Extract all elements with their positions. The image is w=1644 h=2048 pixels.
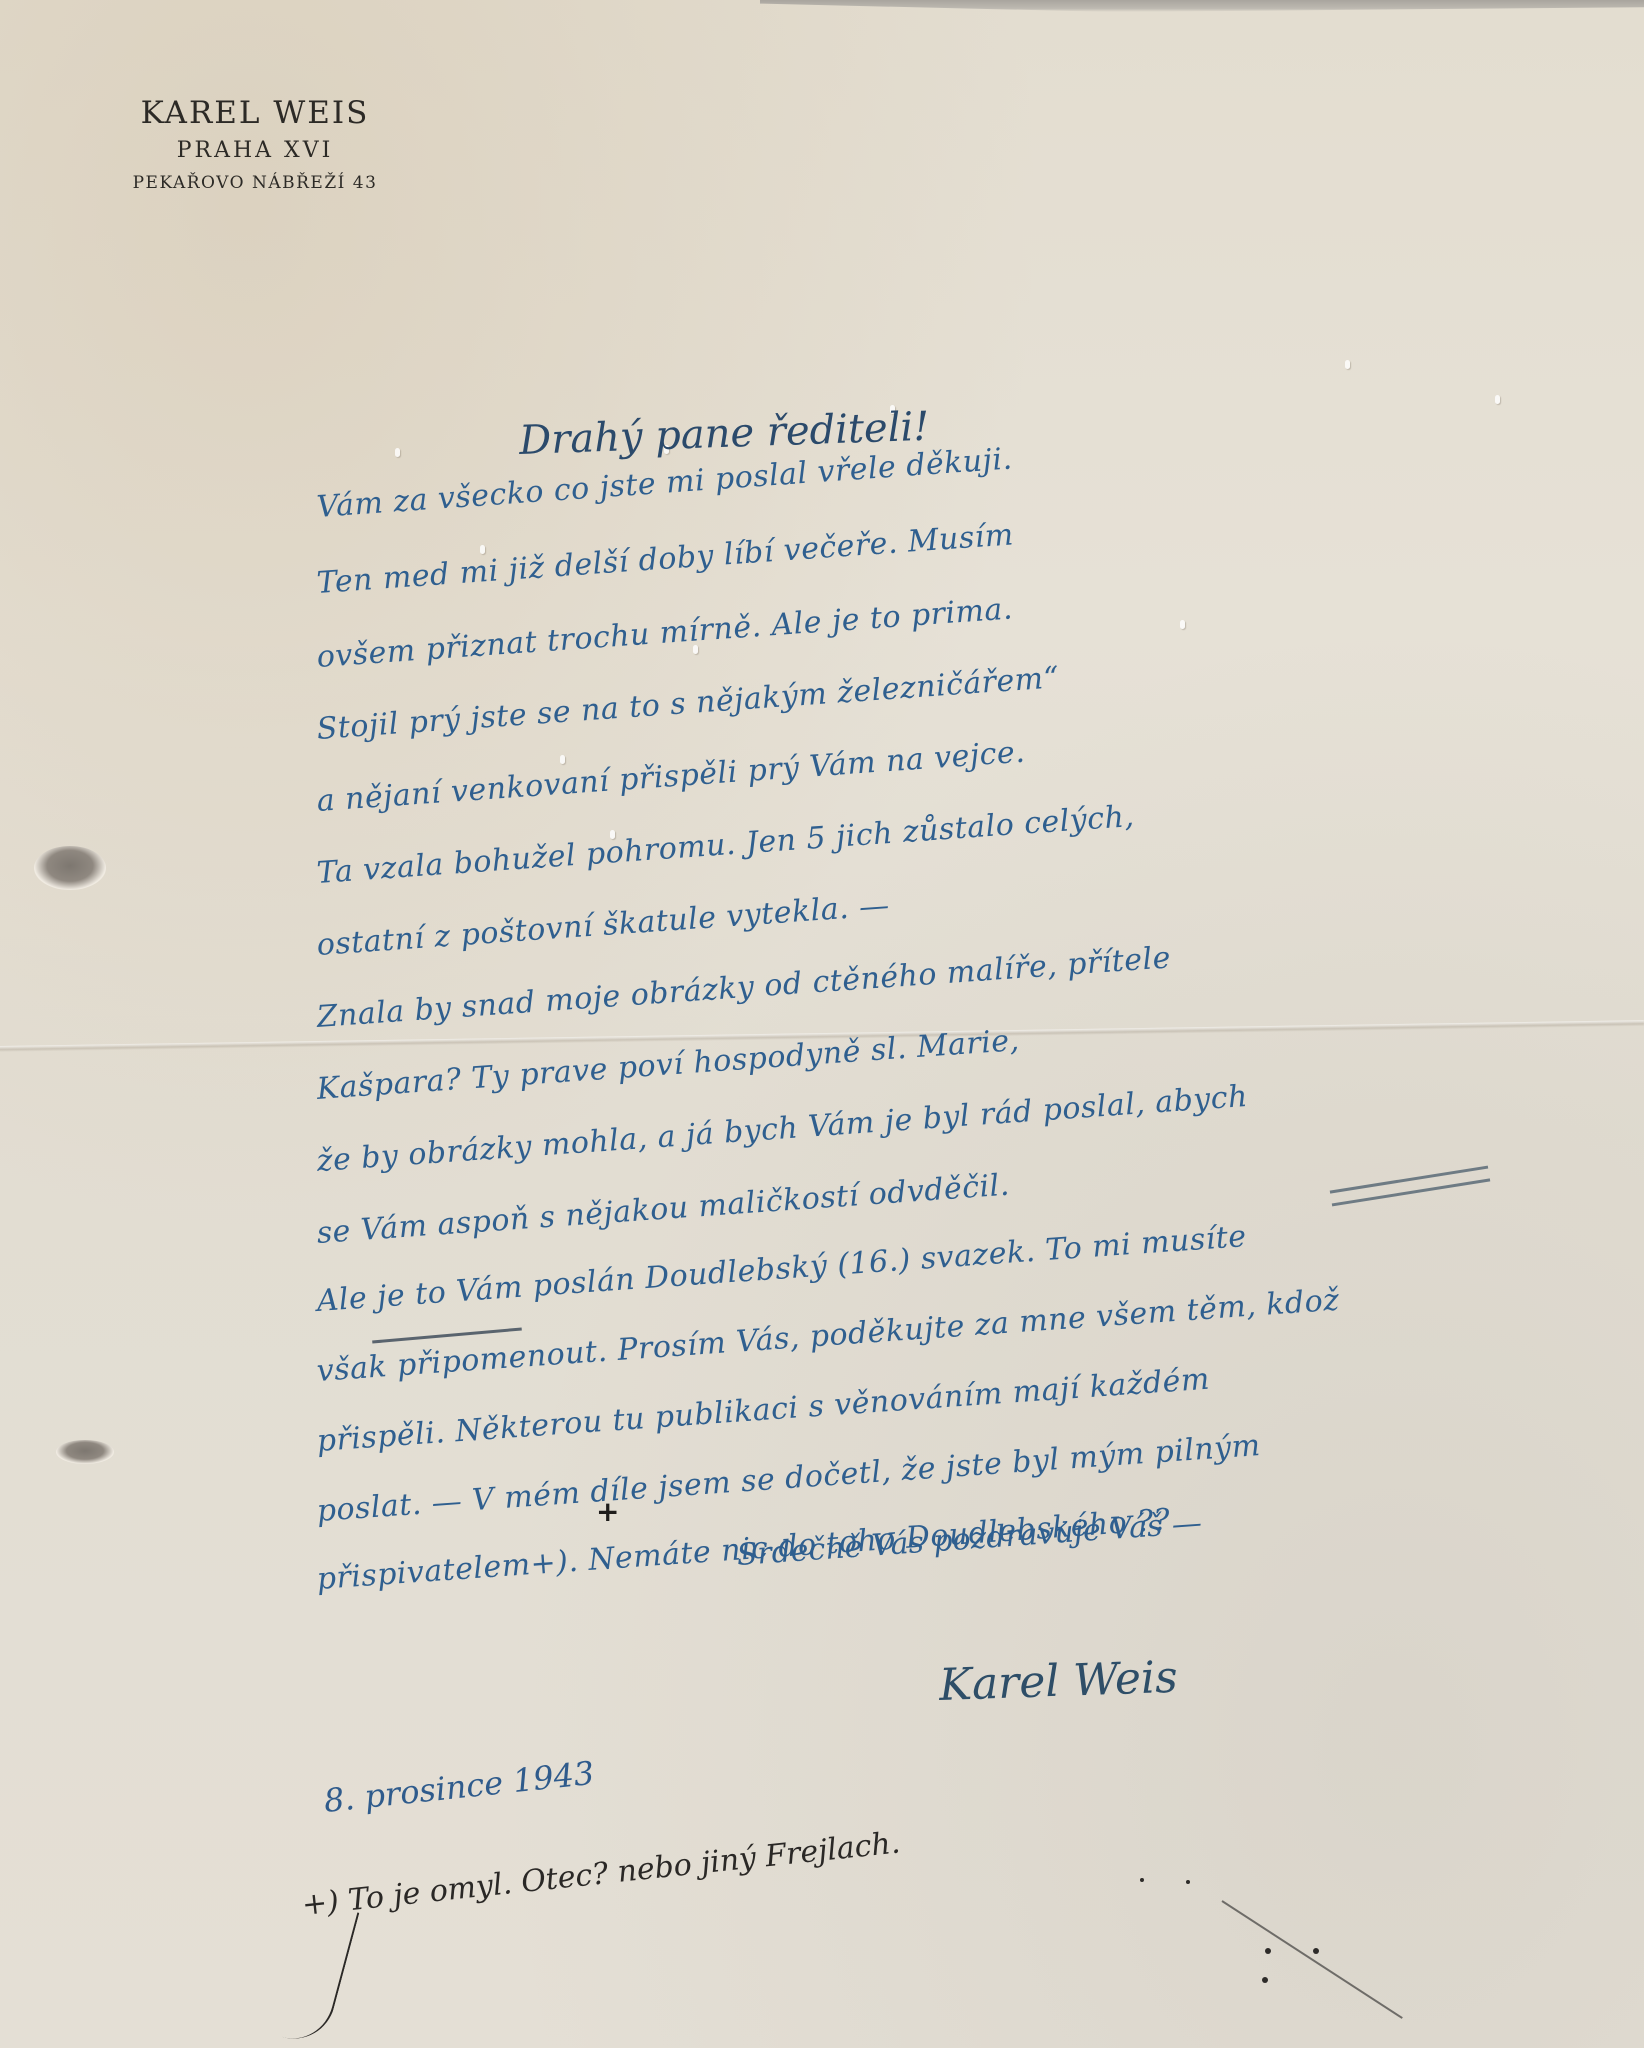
letterhead-name: KAREL WEIS (110, 96, 400, 132)
emboss-dot (1495, 395, 1500, 404)
signature: Karel Weis (938, 1652, 1178, 1711)
ink-dot (1313, 1948, 1319, 1954)
emboss-dot (1345, 360, 1350, 369)
emboss-dot (560, 755, 565, 764)
emboss-dot (395, 448, 400, 457)
punch-hole-upper (34, 846, 106, 890)
footnote-marker-icon: + (596, 1495, 619, 1528)
letterhead-address: PEKAŘOVO NÁBŘEŽÍ 43 (110, 173, 400, 193)
ink-dot (1186, 1880, 1190, 1884)
emboss-dot (1180, 620, 1185, 629)
ink-dot (1262, 1977, 1268, 1983)
ink-dot (1140, 1878, 1144, 1882)
punch-hole-lower (56, 1440, 114, 1464)
letterhead-city: PRAHA XVI (110, 138, 400, 163)
ink-dot (1265, 1948, 1271, 1954)
emboss-dot (480, 545, 485, 554)
letterhead: KAREL WEIS PRAHA XVI PEKAŘOVO NÁBŘEŽÍ 43 (110, 96, 400, 193)
